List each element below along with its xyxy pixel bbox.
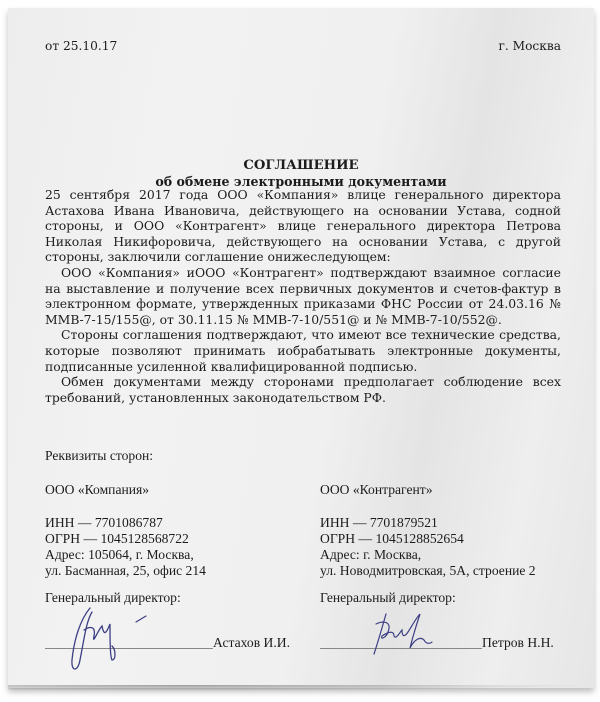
party-2-address-line2: ул. Новодмитровская, 5А, строение 2 <box>320 563 536 579</box>
party-1-inn: ИНН — 7701086787 <box>45 515 163 531</box>
party-1-address-line1: Адрес: 105064, г. Москва, <box>45 547 194 563</box>
party-2-signature-icon <box>366 610 446 660</box>
agreement-body: 25 сентября 2017 года ООО «Компания» вли… <box>45 187 561 405</box>
document-date: от 25.10.17 <box>45 39 117 53</box>
paragraph-preamble: 25 сентября 2017 года ООО «Компания» вли… <box>45 187 561 265</box>
party-2-ogrn: ОГРН — 1045128852654 <box>320 531 464 547</box>
paragraph-legal: Обмен документами между сторонами предпо… <box>45 374 561 405</box>
party-2-address-line1: Адрес: г. Москва, <box>320 547 421 563</box>
document-title: СОГЛАШЕНИЕ <box>8 158 594 173</box>
party-1-signature-icon <box>60 600 150 678</box>
party-1-name: ООО «Компания» <box>45 482 149 498</box>
document-city: г. Москва <box>498 39 561 53</box>
party-2-position: Генеральный директор: <box>320 590 456 606</box>
paragraph-consent: ООО «Компания» иООО «Контрагент» подтвер… <box>45 265 561 327</box>
party-1-ogrn: ОГРН — 1045128568722 <box>45 531 189 547</box>
party-2-inn: ИНН — 7701879521 <box>320 515 438 531</box>
party-2-signatory: Петров Н.Н. <box>482 635 554 651</box>
paragraph-technical: Стороны соглашения подтверждают, что име… <box>45 327 561 374</box>
party-1-signatory: Астахов И.И. <box>213 635 290 651</box>
document-page: от 25.10.17 г. Москва СОГЛАШЕНИЕ об обме… <box>8 8 594 688</box>
party-2-name: ООО «Контрагент» <box>320 482 433 498</box>
party-1-address-line2: ул. Басманная, 25, офис 214 <box>45 563 206 579</box>
requisites-heading: Реквизиты сторон: <box>45 448 153 464</box>
